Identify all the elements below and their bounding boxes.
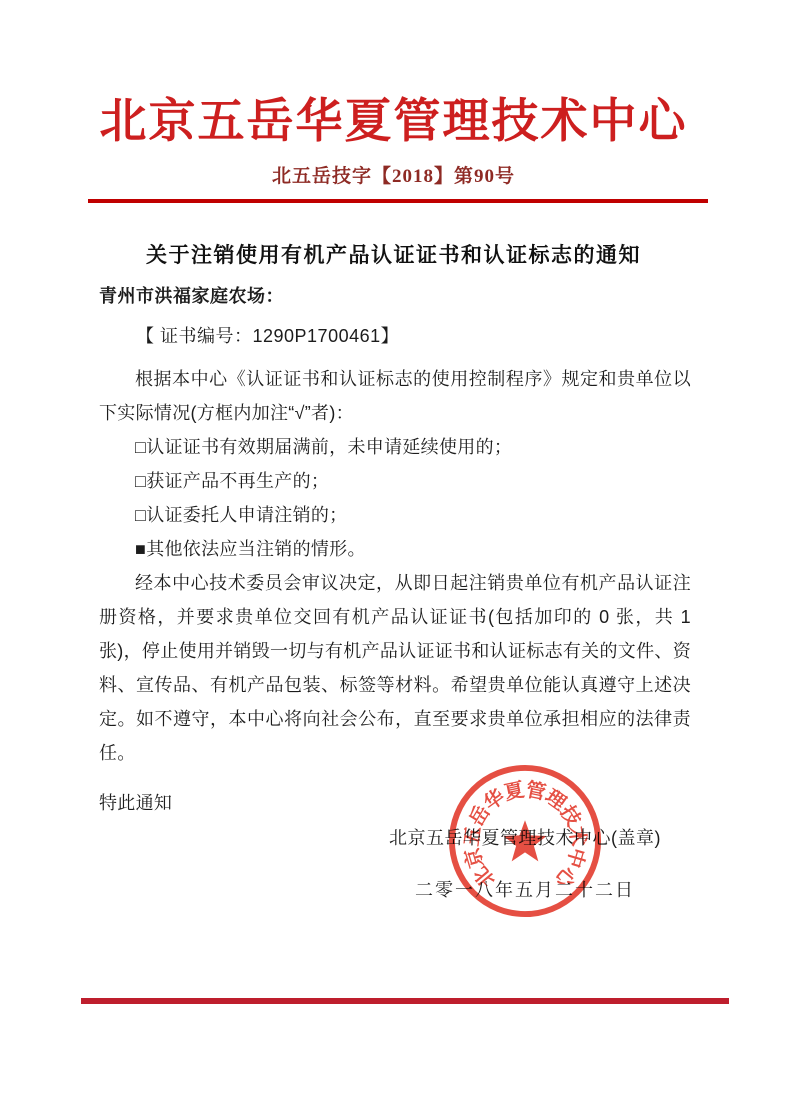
certificate-number-line: 【 证书编号：1290P1700461】: [136, 322, 399, 348]
footer-red-bar: [81, 998, 729, 1004]
option-row: □认证证书有效期届满前，未申请延续使用的；: [135, 430, 691, 464]
stamp-star-icon: [503, 820, 546, 861]
condition-options-list: □认证证书有效期届满前，未申请延续使用的； □获证产品不再生产的； □认证委托人…: [135, 430, 691, 566]
option-label: 认证委托人申请注销的；: [146, 505, 347, 525]
notice-title: 关于注销使用有机产品认证证书和认证标志的通知: [0, 239, 787, 269]
body-text-block: 根据本中心《认证证书和认证标志的使用控制程序》规定和贵单位以下实际情况(方框内加…: [99, 362, 691, 820]
svg-text:夏: 夏: [502, 778, 526, 805]
option-label: 认证证书有效期届满前，未申请延续使用的；: [146, 437, 512, 457]
intro-paragraph: 根据本中心《认证证书和认证标志的使用控制程序》规定和贵单位以下实际情况(方框内加…: [99, 362, 691, 430]
document-page: 北京五岳华夏管理技术中心 北五岳技字【2018】第90号 关于注销使用有机产品认…: [0, 0, 787, 1116]
checkbox-unchecked-icon: □: [135, 471, 146, 491]
option-label: 其他依法应当注销的情形。: [146, 539, 366, 559]
doc-number: 北五岳技字【2018】第90号: [0, 161, 787, 188]
header-rule-divider: [88, 199, 708, 203]
checkbox-unchecked-icon: □: [135, 437, 146, 457]
option-label: 获证产品不再生产的；: [146, 471, 329, 491]
checkbox-unchecked-icon: □: [135, 505, 146, 525]
option-row: □获证产品不再生产的；: [135, 464, 691, 498]
recipient-name: 青州市洪福家庭农场：: [99, 282, 284, 308]
org-title: 北京五岳华夏管理技术中心: [0, 84, 787, 151]
checkbox-checked-icon: ■: [135, 539, 146, 559]
svg-text:术: 术: [565, 824, 590, 848]
option-row: ■其他依法应当注销的情形。: [135, 532, 691, 566]
decision-paragraph: 经本中心技术委员会审议决定，从即日起注销贵单位有机产品认证注册资格，并要求贵单位…: [99, 566, 691, 770]
official-seal-stamp: 北京五岳华夏管理技术中心: [446, 762, 604, 920]
option-row: □认证委托人申请注销的；: [135, 498, 691, 532]
